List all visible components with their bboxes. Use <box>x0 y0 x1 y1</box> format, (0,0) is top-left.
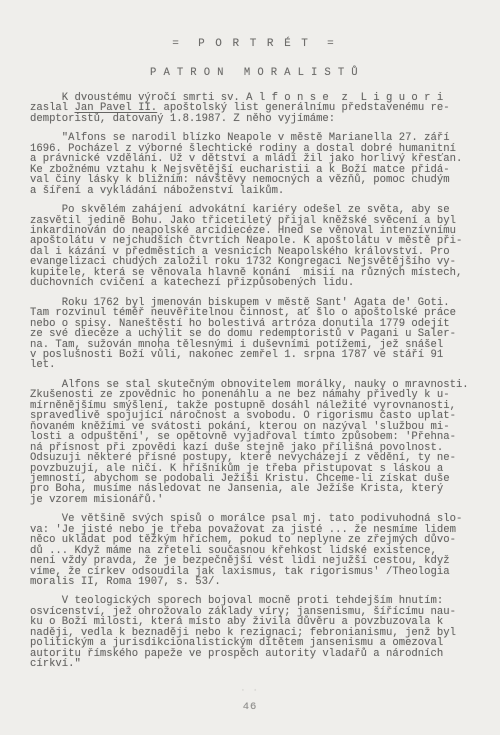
paragraph-intro: K dvoustému výročí smrti sv. A l f o n s… <box>30 93 478 124</box>
paragraph-theology: V teologických sporech bojoval mocně pro… <box>30 596 478 669</box>
page-number: 46 <box>0 701 500 713</box>
page-subtitle: P A T R O N M O R A L I S T Ů <box>30 67 478 79</box>
paragraph-writings: Ve většině svých spisů o morálce psal mj… <box>30 514 478 587</box>
paragraph-apostolate: Po skvělém zahájení advokátní kariéry od… <box>30 205 478 289</box>
paragraph-bishop: Roku 1762 byl jmenován biskupem v městě … <box>30 298 478 371</box>
page-title: = P O R T R É T = <box>30 38 478 50</box>
scanned-document-page: = P O R T R É T = P A T R O N M O R A L … <box>0 0 500 735</box>
page-footer: · · 46 <box>0 688 500 713</box>
paragraph-birth: "Alfons se narodil blízko Neapole v měst… <box>30 133 478 196</box>
scan-artifact: · · <box>0 688 500 695</box>
paragraph-morals: Alfons se stal skutečným obnovitelem mor… <box>30 380 478 505</box>
